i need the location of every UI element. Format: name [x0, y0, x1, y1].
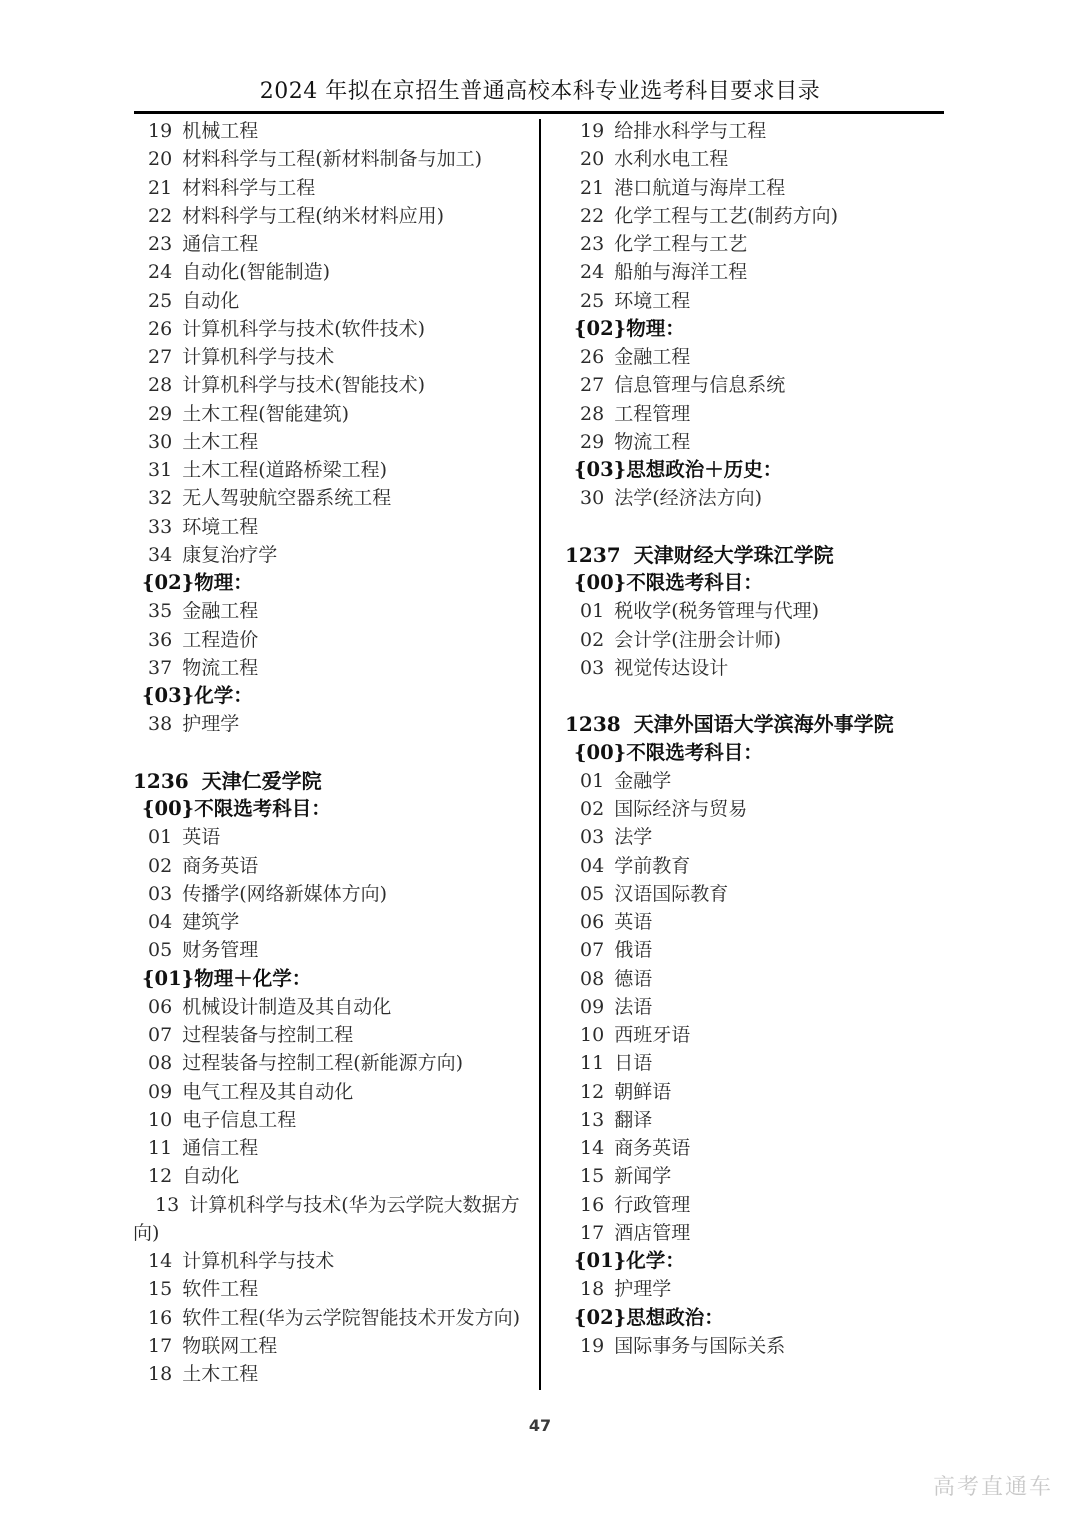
major-name: 工程管理 [614, 403, 690, 425]
major-number: 26 [580, 346, 604, 368]
major-name: 信息管理与信息系统 [614, 374, 785, 396]
major-number: 05 [580, 883, 604, 905]
page-number: 47 [0, 1416, 1080, 1435]
major-number: 17 [148, 1335, 172, 1357]
major-name: 通信工程 [182, 1137, 258, 1159]
major-number: 11 [148, 1137, 172, 1159]
major-row: 03传播学(网络新媒体方向) [133, 880, 529, 908]
major-number: 18 [580, 1278, 604, 1300]
major-number: 32 [148, 487, 172, 509]
major-name: 国际事务与国际关系 [614, 1335, 785, 1357]
major-row: 22材料科学与工程(纳米材料应用) [133, 202, 529, 230]
major-name: 过程装备与控制工程 [182, 1024, 353, 1046]
major-row: 17物联网工程 [133, 1332, 529, 1360]
major-number: 24 [580, 261, 604, 283]
major-number: 30 [580, 487, 604, 509]
major-row: 19给排水科学与工程 [565, 117, 961, 145]
major-name: 国际经济与贸易 [614, 798, 747, 820]
major-number: 06 [580, 911, 604, 933]
major-number: 13 [580, 1109, 604, 1131]
major-row: 17酒店管理 [565, 1219, 961, 1247]
major-row: 03法学 [565, 823, 961, 851]
major-number: 23 [148, 233, 172, 255]
major-number: 21 [580, 177, 604, 199]
major-row: 36工程造价 [133, 626, 529, 654]
major-number: 36 [148, 629, 172, 651]
major-name: 翻译 [614, 1109, 652, 1131]
major-row: 28计算机科学与技术(智能技术) [133, 371, 529, 399]
major-row: 02会计学(注册会计师) [565, 626, 961, 654]
major-number: 14 [148, 1250, 172, 1272]
major-name: 自动化(智能制造) [182, 261, 330, 283]
major-name: 土木工程(智能建筑) [182, 403, 349, 425]
column-divider [539, 119, 541, 1390]
major-name: 酒店管理 [614, 1222, 690, 1244]
major-name: 计算机科学与技术(华为云学院大数据方向) [133, 1194, 520, 1244]
major-row: 08德语 [565, 965, 961, 993]
major-number: 09 [580, 996, 604, 1018]
major-name: 日语 [614, 1052, 652, 1074]
major-number: 25 [580, 290, 604, 312]
major-row: 35金融工程 [133, 597, 529, 625]
major-number: 06 [148, 996, 172, 1018]
major-row: 16软件工程(华为云学院智能技术开发方向) [133, 1304, 529, 1332]
school-name: 天津财经大学珠江学院 [634, 543, 834, 567]
major-name: 港口航道与海岸工程 [614, 177, 785, 199]
major-number: 03 [580, 826, 604, 848]
major-number: 22 [580, 205, 604, 227]
major-row: 09电气工程及其自动化 [133, 1078, 529, 1106]
major-name: 软件工程 [182, 1278, 258, 1300]
major-name: 环境工程 [614, 290, 690, 312]
major-name: 通信工程 [182, 233, 258, 255]
major-name: 自动化 [182, 1165, 239, 1187]
major-number: 19 [148, 120, 172, 142]
major-number: 31 [148, 459, 172, 481]
major-number: 34 [148, 544, 172, 566]
major-number: 08 [580, 968, 604, 990]
major-row: 18土木工程 [133, 1360, 529, 1388]
major-name: 法语 [614, 996, 652, 1018]
major-name: 法学 [614, 826, 652, 848]
major-row: 20水利水电工程 [565, 145, 961, 173]
major-number: 15 [580, 1165, 604, 1187]
major-number: 27 [148, 346, 172, 368]
major-name: 工程造价 [182, 629, 258, 651]
major-row: 14商务英语 [565, 1134, 961, 1162]
spacer-row [565, 682, 961, 710]
school-header: 1238天津外国语大学滨海外事学院 [565, 710, 961, 738]
major-number: 35 [148, 600, 172, 622]
major-row: 02商务英语 [133, 852, 529, 880]
major-row: 27信息管理与信息系统 [565, 371, 961, 399]
major-row: 27计算机科学与技术 [133, 343, 529, 371]
major-number: 19 [580, 120, 604, 142]
major-row: 11通信工程 [133, 1134, 529, 1162]
major-number: 14 [580, 1137, 604, 1159]
major-number: 01 [148, 826, 172, 848]
major-number: 16 [580, 1194, 604, 1216]
subject-group-header: {00}不限选考科目： [565, 739, 961, 767]
subject-group-header: {01}物理＋化学： [133, 965, 529, 993]
major-row: 04建筑学 [133, 908, 529, 936]
major-row: 20材料科学与工程(新材料制备与加工) [133, 145, 529, 173]
major-number: 19 [580, 1335, 604, 1357]
major-row: 19国际事务与国际关系 [565, 1332, 961, 1360]
major-row: 34康复治疗学 [133, 541, 529, 569]
major-number: 20 [148, 148, 172, 170]
major-number: 25 [148, 290, 172, 312]
major-number: 30 [148, 431, 172, 453]
major-number: 03 [580, 657, 604, 679]
major-name: 自动化 [182, 290, 239, 312]
major-number: 26 [148, 318, 172, 340]
major-name: 金融工程 [614, 346, 690, 368]
major-number: 16 [148, 1307, 172, 1329]
major-number: 04 [580, 855, 604, 877]
major-row: 25自动化 [133, 287, 529, 315]
major-name: 会计学(注册会计师) [614, 629, 781, 651]
subject-group-header: {01}化学： [565, 1247, 961, 1275]
major-name: 化学工程与工艺(制药方向) [614, 205, 838, 227]
major-name: 土木工程 [182, 1363, 258, 1385]
document-page: { "document": { "title": "2024 年拟在京招生普通高… [0, 0, 1080, 1527]
major-name: 学前教育 [614, 855, 690, 877]
major-number: 29 [580, 431, 604, 453]
subject-group-header: {02}物理： [565, 315, 961, 343]
major-row: 16行政管理 [565, 1191, 961, 1219]
major-row: 14计算机科学与技术 [133, 1247, 529, 1275]
major-number: 29 [148, 403, 172, 425]
major-number: 24 [148, 261, 172, 283]
major-row: 26金融工程 [565, 343, 961, 371]
major-name: 电气工程及其自动化 [182, 1081, 353, 1103]
major-row: 09法语 [565, 993, 961, 1021]
major-number: 37 [148, 657, 172, 679]
major-row: 25环境工程 [565, 287, 961, 315]
major-number: 02 [580, 798, 604, 820]
watermark: 高考直通车 [933, 1470, 1053, 1501]
major-number: 28 [148, 374, 172, 396]
major-name: 金融工程 [182, 600, 258, 622]
major-row: 05财务管理 [133, 936, 529, 964]
major-row: 13翻译 [565, 1106, 961, 1134]
major-number: 15 [148, 1278, 172, 1300]
major-name: 电子信息工程 [182, 1109, 296, 1131]
major-row: 15软件工程 [133, 1275, 529, 1303]
subject-group-header: {02}思想政治： [565, 1304, 961, 1332]
major-row: 37物流工程 [133, 654, 529, 682]
major-name: 机械工程 [182, 120, 258, 142]
left-column: 19机械工程20材料科学与工程(新材料制备与加工)21材料科学与工程22材料科学… [133, 117, 529, 1388]
major-name: 汉语国际教育 [614, 883, 728, 905]
page-title: 2024 年拟在京招生普通高校本科专业选考科目要求目录 [0, 74, 1080, 105]
major-number: 04 [148, 911, 172, 933]
major-name: 材料科学与工程 [182, 177, 315, 199]
major-row: 21港口航道与海岸工程 [565, 174, 961, 202]
major-name: 财务管理 [182, 939, 258, 961]
major-name: 康复治疗学 [182, 544, 277, 566]
major-row: 29物流工程 [565, 428, 961, 456]
major-row: 32无人驾驶航空器系统工程 [133, 484, 529, 512]
major-name: 水利水电工程 [614, 148, 728, 170]
major-row: 02国际经济与贸易 [565, 795, 961, 823]
major-number: 23 [580, 233, 604, 255]
school-code: 1238 [565, 712, 621, 736]
major-row: 38护理学 [133, 710, 529, 738]
major-row: 24自动化(智能制造) [133, 258, 529, 286]
school-header: 1236天津仁爱学院 [133, 767, 529, 795]
major-name: 俄语 [614, 939, 652, 961]
school-name: 天津外国语大学滨海外事学院 [634, 712, 894, 736]
major-name: 税收学(税务管理与代理) [614, 600, 819, 622]
major-name: 法学(经济法方向) [614, 487, 762, 509]
spacer-row [133, 739, 529, 767]
school-code: 1236 [133, 769, 189, 793]
major-name: 德语 [614, 968, 652, 990]
major-row: 03视觉传达设计 [565, 654, 961, 682]
major-number: 10 [580, 1024, 604, 1046]
major-number: 18 [148, 1363, 172, 1385]
major-number: 08 [148, 1052, 172, 1074]
major-number: 38 [148, 713, 172, 735]
major-row: 21材料科学与工程 [133, 174, 529, 202]
major-name: 计算机科学与技术(智能技术) [182, 374, 425, 396]
major-row: 07过程装备与控制工程 [133, 1021, 529, 1049]
major-name: 土木工程 [182, 431, 258, 453]
major-number: 17 [580, 1222, 604, 1244]
major-number: 27 [580, 374, 604, 396]
major-row: 04学前教育 [565, 852, 961, 880]
major-name: 计算机科学与技术 [182, 346, 334, 368]
major-name: 环境工程 [182, 516, 258, 538]
major-row: 24船舶与海洋工程 [565, 258, 961, 286]
major-row: 13计算机科学与技术(华为云学院大数据方向) [133, 1191, 529, 1248]
subject-group-header: {03}化学： [133, 682, 529, 710]
major-row: 12朝鲜语 [565, 1078, 961, 1106]
right-column: 19给排水科学与工程20水利水电工程21港口航道与海岸工程22化学工程与工艺(制… [565, 117, 961, 1360]
major-number: 01 [580, 600, 604, 622]
subject-group-header: {00}不限选考科目： [565, 569, 961, 597]
major-row: 33环境工程 [133, 513, 529, 541]
major-row: 28工程管理 [565, 400, 961, 428]
school-code: 1237 [565, 543, 621, 567]
major-row: 08过程装备与控制工程(新能源方向) [133, 1049, 529, 1077]
major-number: 07 [148, 1024, 172, 1046]
major-number: 07 [580, 939, 604, 961]
major-name: 商务英语 [182, 855, 258, 877]
major-row: 29土木工程(智能建筑) [133, 400, 529, 428]
major-name: 西班牙语 [614, 1024, 690, 1046]
major-name: 英语 [614, 911, 652, 933]
major-number: 05 [148, 939, 172, 961]
major-number: 02 [580, 629, 604, 651]
major-name: 新闻学 [614, 1165, 671, 1187]
major-name: 视觉传达设计 [614, 657, 728, 679]
major-name: 建筑学 [182, 911, 239, 933]
major-number: 12 [148, 1165, 172, 1187]
major-number: 28 [580, 403, 604, 425]
major-name: 英语 [182, 826, 220, 848]
major-name: 无人驾驶航空器系统工程 [182, 487, 391, 509]
major-name: 过程装备与控制工程(新能源方向) [182, 1052, 463, 1074]
major-number: 11 [580, 1052, 604, 1074]
major-name: 商务英语 [614, 1137, 690, 1159]
major-row: 22化学工程与工艺(制药方向) [565, 202, 961, 230]
major-name: 给排水科学与工程 [614, 120, 766, 142]
subject-group-header: {03}思想政治＋历史： [565, 456, 961, 484]
major-row: 06英语 [565, 908, 961, 936]
major-name: 化学工程与工艺 [614, 233, 747, 255]
major-row: 23通信工程 [133, 230, 529, 258]
major-row: 10电子信息工程 [133, 1106, 529, 1134]
major-name: 计算机科学与技术 [182, 1250, 334, 1272]
major-name: 行政管理 [614, 1194, 690, 1216]
major-number: 22 [148, 205, 172, 227]
major-number: 03 [148, 883, 172, 905]
major-name: 传播学(网络新媒体方向) [182, 883, 387, 905]
major-number: 21 [148, 177, 172, 199]
major-row: 06机械设计制造及其自动化 [133, 993, 529, 1021]
major-row: 19机械工程 [133, 117, 529, 145]
major-row: 07俄语 [565, 936, 961, 964]
major-name: 机械设计制造及其自动化 [182, 996, 391, 1018]
major-number: 01 [580, 770, 604, 792]
major-row: 01税收学(税务管理与代理) [565, 597, 961, 625]
major-name: 护理学 [182, 713, 239, 735]
major-row: 26计算机科学与技术(软件技术) [133, 315, 529, 343]
major-number: 10 [148, 1109, 172, 1131]
major-name: 朝鲜语 [614, 1081, 671, 1103]
major-name: 软件工程(华为云学院智能技术开发方向) [182, 1307, 520, 1329]
major-name: 护理学 [614, 1278, 671, 1300]
major-row: 30法学(经济法方向) [565, 484, 961, 512]
major-number: 02 [148, 855, 172, 877]
major-name: 材料科学与工程(纳米材料应用) [182, 205, 444, 227]
major-name: 物联网工程 [182, 1335, 277, 1357]
major-row: 18护理学 [565, 1275, 961, 1303]
major-number: 13 [155, 1194, 179, 1216]
major-name: 土木工程(道路桥梁工程) [182, 459, 387, 481]
major-name: 计算机科学与技术(软件技术) [182, 318, 425, 340]
major-row: 10西班牙语 [565, 1021, 961, 1049]
major-row: 01英语 [133, 823, 529, 851]
spacer-row [565, 513, 961, 541]
major-name: 船舶与海洋工程 [614, 261, 747, 283]
subject-group-header: {00}不限选考科目： [133, 795, 529, 823]
major-row: 01金融学 [565, 767, 961, 795]
major-row: 12自动化 [133, 1162, 529, 1190]
major-number: 12 [580, 1081, 604, 1103]
major-row: 15新闻学 [565, 1162, 961, 1190]
major-row: 23化学工程与工艺 [565, 230, 961, 258]
subject-group-header: {02}物理： [133, 569, 529, 597]
major-row: 11日语 [565, 1049, 961, 1077]
major-row: 31土木工程(道路桥梁工程) [133, 456, 529, 484]
major-name: 材料科学与工程(新材料制备与加工) [182, 148, 482, 170]
major-name: 物流工程 [614, 431, 690, 453]
header-rule [134, 111, 944, 114]
major-name: 物流工程 [182, 657, 258, 679]
major-row: 30土木工程 [133, 428, 529, 456]
school-name: 天津仁爱学院 [202, 769, 322, 793]
major-number: 09 [148, 1081, 172, 1103]
major-row: 05汉语国际教育 [565, 880, 961, 908]
major-number: 20 [580, 148, 604, 170]
school-header: 1237天津财经大学珠江学院 [565, 541, 961, 569]
major-number: 33 [148, 516, 172, 538]
major-name: 金融学 [614, 770, 671, 792]
